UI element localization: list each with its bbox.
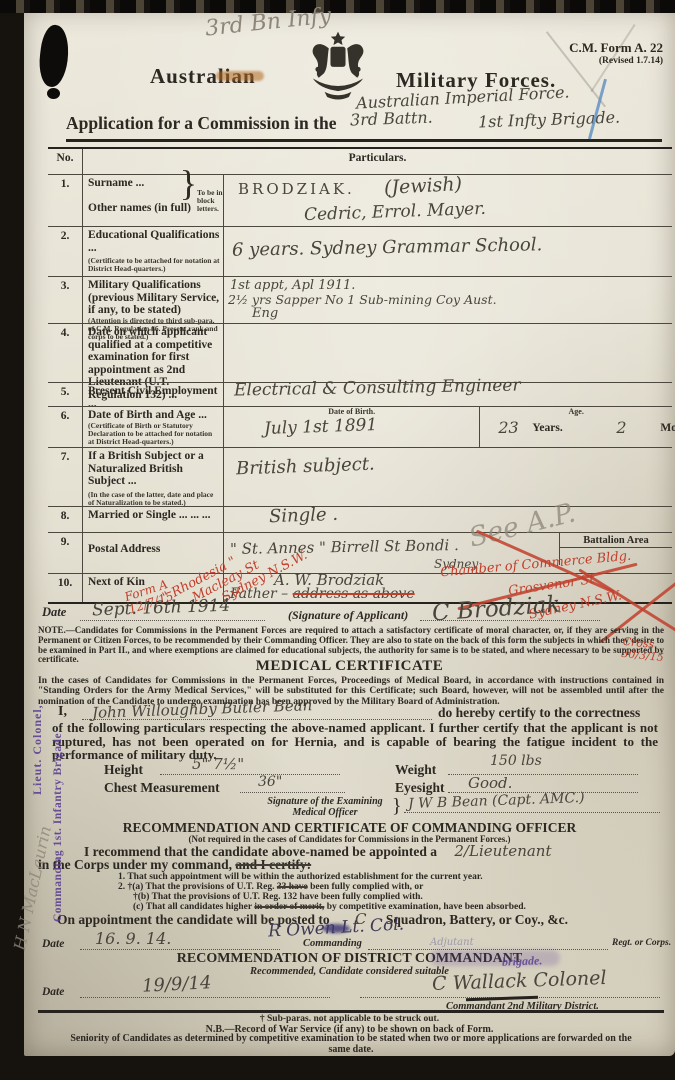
height-leader (160, 762, 340, 775)
row-no: 8. (48, 507, 82, 532)
smo-brace: } (392, 795, 402, 818)
address-as-above-struck: address as above (293, 586, 415, 602)
chest-leader (240, 780, 345, 793)
footnote-seniority: Seniority of Candidates as determined by… (62, 1034, 640, 1056)
row-british-subject: 7. If a British Subject or a Naturalized… (48, 447, 672, 506)
battalion-area-label: Battalion Area (560, 533, 672, 548)
row-no: 10. (48, 574, 82, 602)
smo-leader (404, 800, 660, 813)
row-no: 1. (48, 175, 82, 226)
form-number-block: C.M. Form A. 22 (Revised 1.7.14) (535, 40, 663, 66)
years-label: Years. (532, 422, 562, 434)
date-label: Date (42, 605, 66, 620)
civil-employment-value: Electrical & Consulting Engineer (234, 376, 521, 401)
particulars-table: No. Particulars. 1. Surname ... Other na… (48, 147, 672, 604)
birth-age-note: (Certificate of Birth or Statutory Decla… (88, 422, 220, 447)
torn-hole-small (47, 88, 60, 99)
row-married-single: 8. Married or Single ... ... ... Single … (48, 506, 672, 532)
district-heading: RECOMMENDATION OF DISTRICT COMMANDANT (24, 951, 675, 967)
i-label: I, (58, 704, 67, 720)
block-letters-note: To be in block letters. (197, 189, 223, 214)
smo-label: Signature of the Examining Medical Offic… (260, 797, 390, 818)
months-label: Months. (660, 422, 675, 434)
particulars-column-header: Particulars. (82, 149, 672, 174)
row-military-qualifications: 3. Military Qualifications (previous Mil… (48, 276, 672, 323)
tape-stain (216, 71, 264, 81)
educational-note: (Certificate to be attached for notation… (88, 257, 220, 273)
application-title: Application for a Commission in the (66, 113, 336, 134)
educational-value: 6 years. Sydney Grammar School. (232, 234, 543, 260)
smo-label-1: Signature of the Examining (260, 797, 390, 808)
birth-age-label: Date of Birth and Age ... (88, 409, 207, 421)
row-birth-age: 6. Date of Birth and Age ... (Certificat… (48, 406, 672, 447)
row-no: 9. (48, 533, 82, 573)
binding-stitch-edge (0, 0, 675, 13)
form-revision: (Revised 1.7.14) (535, 56, 663, 66)
rec-rank-handwritten: 2/Lieutenant (454, 842, 551, 860)
other-names-label: Other names (in full) (88, 202, 191, 214)
date-of-birth-header: Date of Birth. (224, 407, 479, 416)
surname-label: Surname ... (88, 177, 144, 189)
age-months-value: 2 (616, 418, 626, 437)
row-competitive-exam: 4. Date on which applicant qualified at … (48, 323, 672, 382)
adjutant-pencil-note: Adjutant (430, 937, 474, 948)
other-names-value: Cedric, Errol. Mayer. (304, 199, 486, 225)
brace-glyph: } (180, 177, 197, 190)
margin-stamp-lieut-colonel: Lieut. Colonel, (30, 704, 45, 795)
co-item-2a: 2. †(a) That the provisions of U.T. Reg.… (118, 882, 423, 892)
surname-note-value: (Jewish) (383, 173, 462, 199)
bottom-rule (38, 1010, 664, 1013)
commanding-label: Commanding (303, 938, 362, 949)
medical-certificate-heading: MEDICAL CERTIFICATE (24, 658, 675, 675)
co-date-label: Date (42, 938, 64, 950)
row-civil-employment: 5. Present Civil Employment ... Electric… (48, 382, 672, 406)
regt-or-corps-label: Regt. or Corps. (612, 938, 671, 948)
row-educational: 2. Educational Qualifications ... (Certi… (48, 226, 672, 276)
application-underline (66, 139, 662, 142)
certify-lead: do hereby certify to the correctness (438, 705, 640, 721)
document-scan: { "colors":{"black_ink":"#2c2822","red_i… (0, 0, 675, 1080)
item-2a-post: been fully complied with, or (308, 882, 424, 892)
date-leader-line (80, 608, 265, 621)
weight-label: Weight (395, 762, 436, 778)
married-single-value: Single . (269, 504, 339, 527)
british-subject-value: British subject. (236, 454, 375, 480)
smo-label-2: Medical Officer (260, 808, 390, 819)
item-2a-struck: 33 have (277, 882, 308, 892)
row-no: 2. (48, 227, 82, 276)
postal-address-label: Postal Address (88, 543, 160, 555)
chest-label: Chest Measurement (104, 780, 220, 796)
signature-of-applicant-label: (Signature of Applicant) (288, 608, 408, 623)
co-recommend-line-2: in the Corps under my command, and I cer… (38, 857, 311, 873)
military-qual-value-3: Eng (252, 306, 278, 321)
ink-blot (322, 924, 350, 933)
district-date-leader (80, 986, 330, 998)
surname-value: BRODZIAK. (238, 180, 355, 198)
posted-post-text: Squadron, Battery, or Coy., &c. (386, 912, 568, 927)
commanding-leader (368, 938, 608, 950)
item-2a-pre: 2. †(a) That the provisions of U.T. Reg. (118, 882, 277, 892)
row-no: 7. (48, 448, 82, 507)
age-years-value: 23 (498, 418, 518, 437)
form-number: C.M. Form A. 22 (535, 40, 663, 56)
certify-body: of the following particulars respecting … (52, 721, 658, 762)
educational-label: Educational Qualifications ... (88, 229, 219, 254)
district-date-label: Date (42, 986, 64, 998)
application-unit-battn: 3rd Battn. (350, 108, 433, 130)
military-qual-value-2: 2½ yrs Sapper No 1 Sub-mining Coy Aust. (228, 292, 497, 307)
height-label: Height (104, 762, 143, 778)
british-subject-label: If a British Subject or a Naturalized Br… (88, 450, 204, 487)
date-of-birth-value: July 1st 1891 (264, 415, 378, 439)
row-no: 6. (48, 407, 82, 447)
co-item-2b: †(b) That the provisions of U.T. Reg. 13… (133, 892, 423, 902)
footnote-dagger: † Sub-paras. not applicable to be struck… (24, 1014, 675, 1024)
signature-leader-line (420, 608, 600, 621)
table-header-row: No. Particulars. (48, 147, 672, 174)
rec-certify-struck: and I certify: (235, 857, 311, 872)
rec-mid-text: in the Corps under my command, (38, 857, 235, 872)
row-surname: 1. Surname ... Other names (in full) } T… (48, 174, 672, 226)
co-item-1: 1. That such appointment will be within … (118, 872, 483, 882)
co-date-leader (80, 938, 280, 950)
military-qual-value-1: 1st appt, Apl 1911. (230, 278, 355, 293)
examiner-leader-line (82, 708, 432, 720)
british-subject-note: (In the case of the latter, date and pla… (88, 491, 220, 507)
military-qual-label: Military Qualifications (previous Milita… (88, 279, 219, 316)
eyesight-label: Eyesight (395, 780, 445, 796)
no-column-header: No. (48, 149, 82, 174)
age-header: Age. (480, 407, 672, 416)
married-single-label: Married or Single ... ... ... (88, 509, 210, 521)
